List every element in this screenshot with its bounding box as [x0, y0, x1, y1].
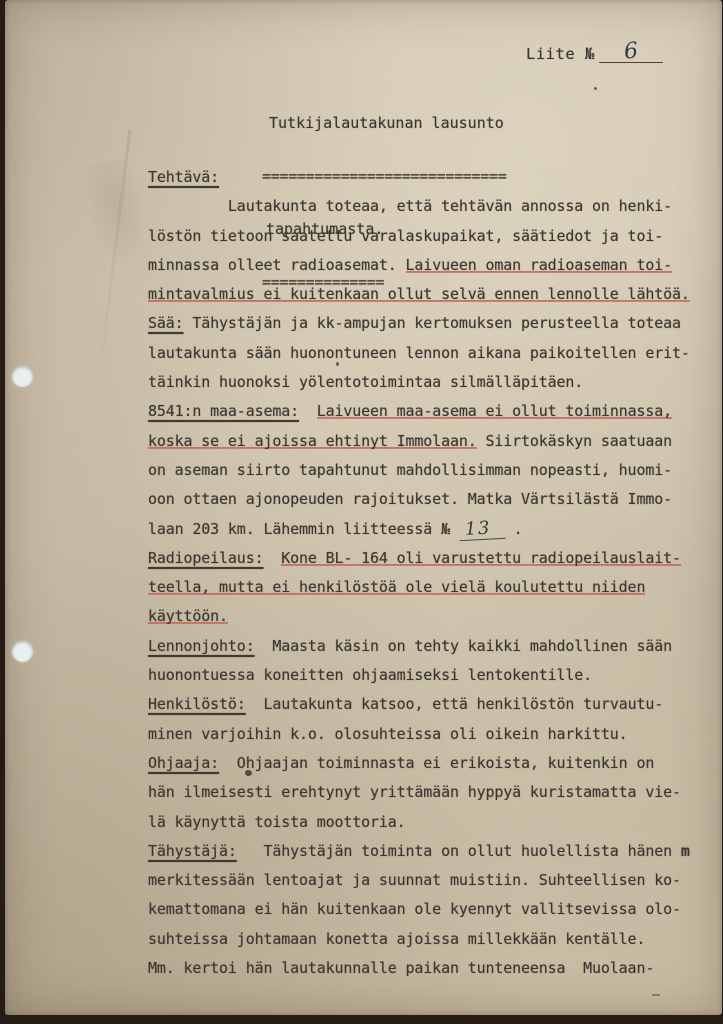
- text-line: minen varjoihin k.o. olosuhteissa oli oi…: [148, 720, 714, 749]
- text-line: Mm. kertoi hän lautakunnalle paikan tunt…: [148, 954, 714, 983]
- body-text: minnassa olleet radioasemat.: [148, 256, 406, 274]
- body-text: oon ottaen ajonopeuden rajoitukset. Matk…: [148, 490, 672, 508]
- attachment-number-handwritten: 6: [622, 38, 639, 64]
- text-line: merkitessään lentoajat ja suunnat muisti…: [148, 866, 714, 895]
- paper-speck: [594, 87, 597, 90]
- section-heading: Radiopeilaus:: [148, 549, 263, 567]
- title-line-1: Tutkijalautakunan lausunto: [262, 114, 506, 133]
- section-heading: Lennonjohto:: [148, 637, 255, 655]
- body-text: löstön tietoon saatettu varalaskupaikat,…: [148, 227, 663, 245]
- body-text: lä käynyttä toista moottoria.: [148, 813, 406, 831]
- body-text: Ohjaajan toiminnasta ei erikoista, kuite…: [219, 754, 654, 772]
- paper-speck: [336, 362, 339, 366]
- section-heading: Sää:: [148, 314, 184, 332]
- body-text: [299, 402, 317, 420]
- text-line: lä käynyttä toista moottoria.: [148, 808, 714, 837]
- red-underlined-text: teella, mutta ei henkilöstöä ole vielä k…: [148, 578, 645, 596]
- body-text: täinkin huonoksi yölentotoimintaa silmäl…: [148, 373, 583, 391]
- section-heading: Tehtävä:: [148, 168, 219, 186]
- text-line: suhteissa johtamaan konetta ajoissa mill…: [148, 925, 714, 954]
- red-underlined-text: käyttöön.: [148, 607, 228, 625]
- body-text: Mm. kertoi hän lautakunnalle paikan tunt…: [148, 959, 654, 977]
- attachment-header: Liite №6: [526, 38, 663, 63]
- section-heading: 8541:n maa-asema:: [148, 402, 299, 420]
- body-text: Lautakunta katsoo, että henkilöstön turv…: [246, 695, 663, 713]
- ink-blot: [245, 770, 252, 776]
- punch-hole-top: [12, 366, 33, 387]
- red-underlined-text: Kone BL- 164 oli varustettu radiopeilaus…: [281, 549, 681, 567]
- red-underlined-text: koska se ei ajoissa ehtinyt Immolaan.: [148, 432, 477, 450]
- text-line: kemattomana ei hän kuitenkaan ole kyenny…: [148, 895, 714, 924]
- text-line: käyttöön.: [148, 602, 714, 631]
- red-underlined-text: Laivueen maa-asema ei ollut toiminnassa,: [317, 402, 672, 420]
- text-line: Tehtävä:: [148, 163, 714, 192]
- body-text: huonontuessa koneitten ohjaamiseksi lent…: [148, 666, 592, 684]
- red-underlined-text: Laivueen oman radioaseman toi-: [406, 256, 672, 274]
- punch-hole-bottom: [12, 641, 33, 662]
- text-line: minnassa olleet radioasemat. Laivueen om…: [148, 251, 714, 280]
- attachment-label: Liite №: [526, 45, 595, 63]
- text-line: Radiopeilaus: Kone BL- 164 oli varustett…: [148, 544, 714, 573]
- text-line: lautakunta sään huonontuneen lennon aika…: [148, 339, 714, 368]
- text-line: mintavalmius ei kuitenkaan ollut selvä e…: [148, 280, 714, 309]
- text-line: teella, mutta ei henkilöstöä ole vielä k…: [148, 573, 714, 602]
- red-underlined-text: mintavalmius ei kuitenkaan ollut selvä e…: [148, 285, 690, 303]
- text-line: on aseman siirto tapahtunut mahdollisimm…: [148, 456, 714, 485]
- text-line: löstön tietoon saatettu varalaskupaikat,…: [148, 222, 714, 251]
- text-line: Sää: Tähystäjän ja kk-ampujan kertomukse…: [148, 309, 714, 338]
- body-text: [263, 549, 281, 567]
- body-text: Maasta käsin on tehty kaikki mahdollinen…: [255, 637, 672, 655]
- body-text: laan 203 km. Lähemmin liitteessä №: [148, 520, 459, 538]
- section-heading: Ohjaaja:: [148, 754, 219, 772]
- body-text: kemattomana ei hän kuitenkaan ole kyenny…: [148, 900, 681, 918]
- text-line: hän ilmeisesti erehtynyt yrittämään hypp…: [148, 778, 714, 807]
- body-text: Lautakunta toteaa, että tehtävän annossa…: [148, 197, 672, 215]
- text-line: oon ottaen ajonopeuden rajoitukset. Matk…: [148, 485, 714, 514]
- text-line: koska se ei ajoissa ehtinyt Immolaan. Si…: [148, 427, 714, 456]
- body-text: Tähystäjän ja kk-ampujan kertomuksen per…: [184, 314, 681, 332]
- text-line: Lautakunta toteaa, että tehtävän annossa…: [148, 192, 714, 221]
- text-line: huonontuessa koneitten ohjaamiseksi lent…: [148, 661, 714, 690]
- body-text: lautakunta sään huonontuneen lennon aika…: [148, 344, 690, 362]
- text-line: 8541:n maa-asema: Laivueen maa-asema ei …: [148, 397, 714, 426]
- scanned-document-photo: Liite №6 Tutkijalautakunan lausunto ====…: [0, 0, 723, 1024]
- body-text: on aseman siirto tapahtunut mahdollisimm…: [148, 461, 672, 479]
- handwritten-number: 13: [458, 517, 505, 540]
- paper-speck: [652, 994, 660, 996]
- text-line: Ohjaaja: Ohjaajan toiminnasta ei erikois…: [148, 749, 714, 778]
- section-heading: Henkilöstö:: [148, 695, 246, 713]
- document-body: Tehtävä: Lautakunta toteaa, että tehtävä…: [148, 163, 714, 983]
- text-line: Tähystäjä: Tähystäjän toiminta on ollut …: [148, 837, 714, 866]
- body-text: Siirtokäskyn saatuaan: [477, 432, 672, 450]
- text-line: täinkin huonoksi yölentotoimintaa silmäl…: [148, 368, 714, 397]
- text-line: Henkilöstö: Lautakunta katsoo, että henk…: [148, 690, 714, 719]
- body-text: merkitessään lentoajat ja suunnat muisti…: [148, 871, 681, 889]
- overstruck-character: m: [681, 842, 690, 860]
- body-text: suhteissa johtamaan konetta ajoissa mill…: [148, 930, 645, 948]
- body-text: Tähystäjän toiminta on ollut huolellista…: [237, 842, 681, 860]
- body-text: .: [505, 520, 523, 538]
- body-text: hän ilmeisesti erehtynyt yrittämään hypp…: [148, 783, 681, 801]
- section-heading: Tähystäjä:: [148, 842, 237, 860]
- attachment-number-field: 6: [599, 38, 663, 63]
- text-line: Lennonjohto: Maasta käsin on tehty kaikk…: [148, 632, 714, 661]
- body-text: minen varjoihin k.o. olosuhteissa oli oi…: [148, 725, 628, 743]
- typewritten-content: Liite №6 Tutkijalautakunan lausunto ====…: [0, 0, 723, 1024]
- text-line: laan 203 km. Lähemmin liitteessä № 13 .: [148, 515, 714, 544]
